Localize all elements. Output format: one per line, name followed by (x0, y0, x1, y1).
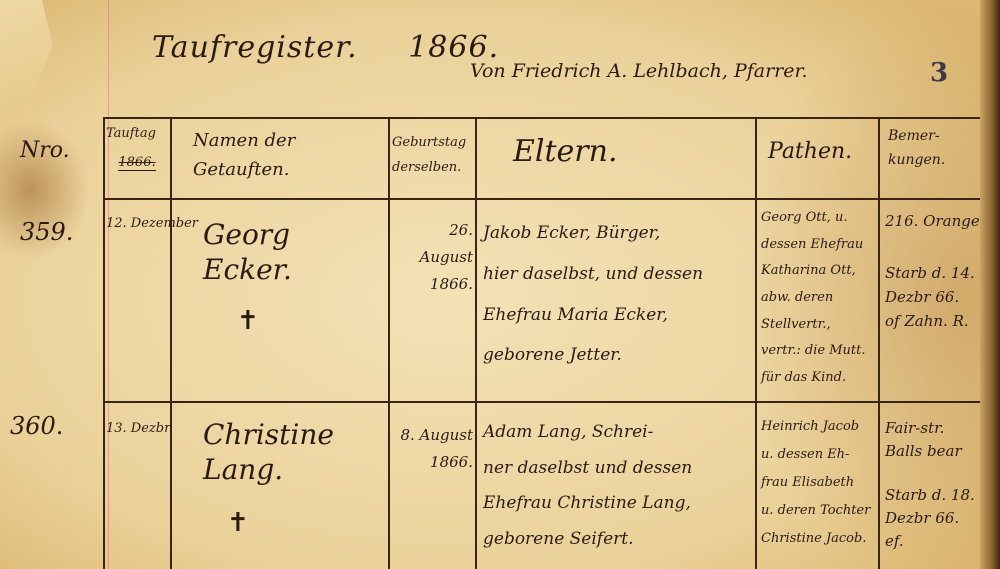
header-label: Tauftag (106, 127, 168, 142)
parents-line: Jakob Ecker, Bürger, (483, 213, 703, 254)
column-border (170, 117, 172, 569)
header-label: derselben. (392, 156, 466, 181)
godparents-line: Georg Ott, u. (761, 205, 865, 232)
death-cross-icon: ✝ (227, 509, 249, 539)
death-cross-icon: ✝ (237, 307, 259, 337)
pastor-line: Von Friedrich A. Lehlbach, Pfarrer. (470, 60, 808, 82)
register-page: Taufregister. 1866. Von Friedrich A. Leh… (0, 0, 985, 569)
folded-corner (0, 0, 70, 130)
row-border (103, 401, 980, 403)
godparents-line: Heinrich Jacob (761, 413, 870, 441)
surname: Lang. (203, 452, 334, 487)
title-text: Taufregister. (152, 30, 358, 65)
row-number-359: 359. (20, 218, 73, 246)
header-label: Geburtstag (392, 131, 466, 156)
book-page-edges (980, 0, 1000, 569)
column-border (388, 117, 390, 569)
remarks-line: Dezbr 66. ef. (885, 507, 980, 554)
remarks-line: Starb d. 18. (885, 484, 980, 507)
column-border (755, 117, 757, 569)
page-number: 3 (930, 58, 948, 88)
birth-day: 26. August (393, 217, 473, 271)
birth-date-359: 26. August 1866. (393, 217, 473, 298)
godparents-line: Stellvertr., (761, 312, 865, 339)
birth-year: 1866. (393, 449, 473, 476)
row-border (103, 198, 980, 200)
header-label: Bemer- (888, 125, 945, 149)
column-border (103, 117, 105, 569)
header-remarks: Bemer- kungen. (888, 125, 945, 173)
header-parents: Eltern. (513, 135, 618, 170)
register-table: Tauftag 1866. Namen der Getauften. Gebur… (103, 117, 980, 569)
header-label: Namen der (193, 127, 295, 156)
remarks-line: Fair-str. (885, 417, 980, 440)
birth-day: 8. August (393, 422, 473, 449)
parents-line: geborene Jetter. (483, 335, 703, 376)
godparents-360: Heinrich Jacob u. dessen Eh- frau Elisab… (761, 413, 870, 553)
birth-date-360: 8. August 1866. (393, 422, 473, 476)
godparents-line: abw. deren (761, 285, 865, 312)
birth-year: 1866. (393, 271, 473, 298)
child-name-359: Georg Ecker. (203, 217, 292, 287)
header-label: Getauften. (193, 156, 295, 185)
remarks-line: Dezbr 66. (885, 285, 980, 309)
godparents-line: u. deren Tochter (761, 497, 870, 525)
header-name: Namen der Getauften. (193, 127, 295, 185)
header-godparents: Pathen. (768, 139, 852, 164)
parents-line: Ehefrau Maria Ecker, (483, 295, 703, 336)
row-number-header: Nro. (20, 138, 70, 163)
surname: Ecker. (203, 252, 292, 287)
row-number-360: 360. (10, 412, 63, 440)
godparents-line: für das Kind. (761, 365, 865, 392)
parents-line: ner daselbst und dessen (483, 451, 692, 487)
header-birth-date: Geburtstag derselben. (392, 131, 466, 180)
parents-line: Ehefrau Christine Lang, (483, 486, 692, 522)
first-name: Christine (203, 417, 334, 452)
parents-359: Jakob Ecker, Bürger, hier daselbst, und … (483, 213, 703, 376)
row-border (103, 117, 980, 119)
baptism-date-360: 13. Dezbr. (106, 422, 173, 437)
remarks-359: 216. Orange Starb d. 14. Dezbr 66. of Za… (885, 209, 980, 333)
godparents-line: Katharina Ott, (761, 258, 865, 285)
remarks-line: 216. Orange (885, 209, 980, 233)
parents-line: hier daselbst, und dessen (483, 254, 703, 295)
godparents-line: Christine Jacob. (761, 525, 870, 553)
header-year: 1866. (118, 155, 155, 171)
child-name-360: Christine Lang. (203, 417, 334, 487)
parents-line: Adam Lang, Schrei- (483, 415, 692, 451)
godparents-line: frau Elisabeth (761, 469, 870, 497)
baptism-date-359: 12. Dezember (106, 217, 198, 232)
remarks-line: Starb d. 14. (885, 261, 980, 285)
remarks-spacer (885, 464, 980, 484)
column-border (878, 117, 880, 569)
header-baptism-date: Tauftag 1866. (106, 127, 168, 171)
remarks-360: Fair-str. Balls bear Starb d. 18. Dezbr … (885, 417, 980, 553)
header-label: kungen. (888, 149, 945, 173)
godparents-line: dessen Ehefrau (761, 232, 865, 259)
register-title: Taufregister. 1866. (152, 30, 499, 65)
remarks-line: of Zahn. R. (885, 309, 980, 333)
first-name: Georg (203, 217, 292, 252)
parents-line: geborene Seifert. (483, 522, 692, 558)
godparents-line: vertr.: die Mutt. (761, 338, 865, 365)
column-border (475, 117, 477, 569)
remarks-spacer (885, 233, 980, 261)
parents-360: Adam Lang, Schrei- ner daselbst und dess… (483, 415, 692, 558)
remarks-line: Balls bear (885, 440, 980, 463)
godparents-359: Georg Ott, u. dessen Ehefrau Katharina O… (761, 205, 865, 391)
godparents-line: u. dessen Eh- (761, 441, 870, 469)
